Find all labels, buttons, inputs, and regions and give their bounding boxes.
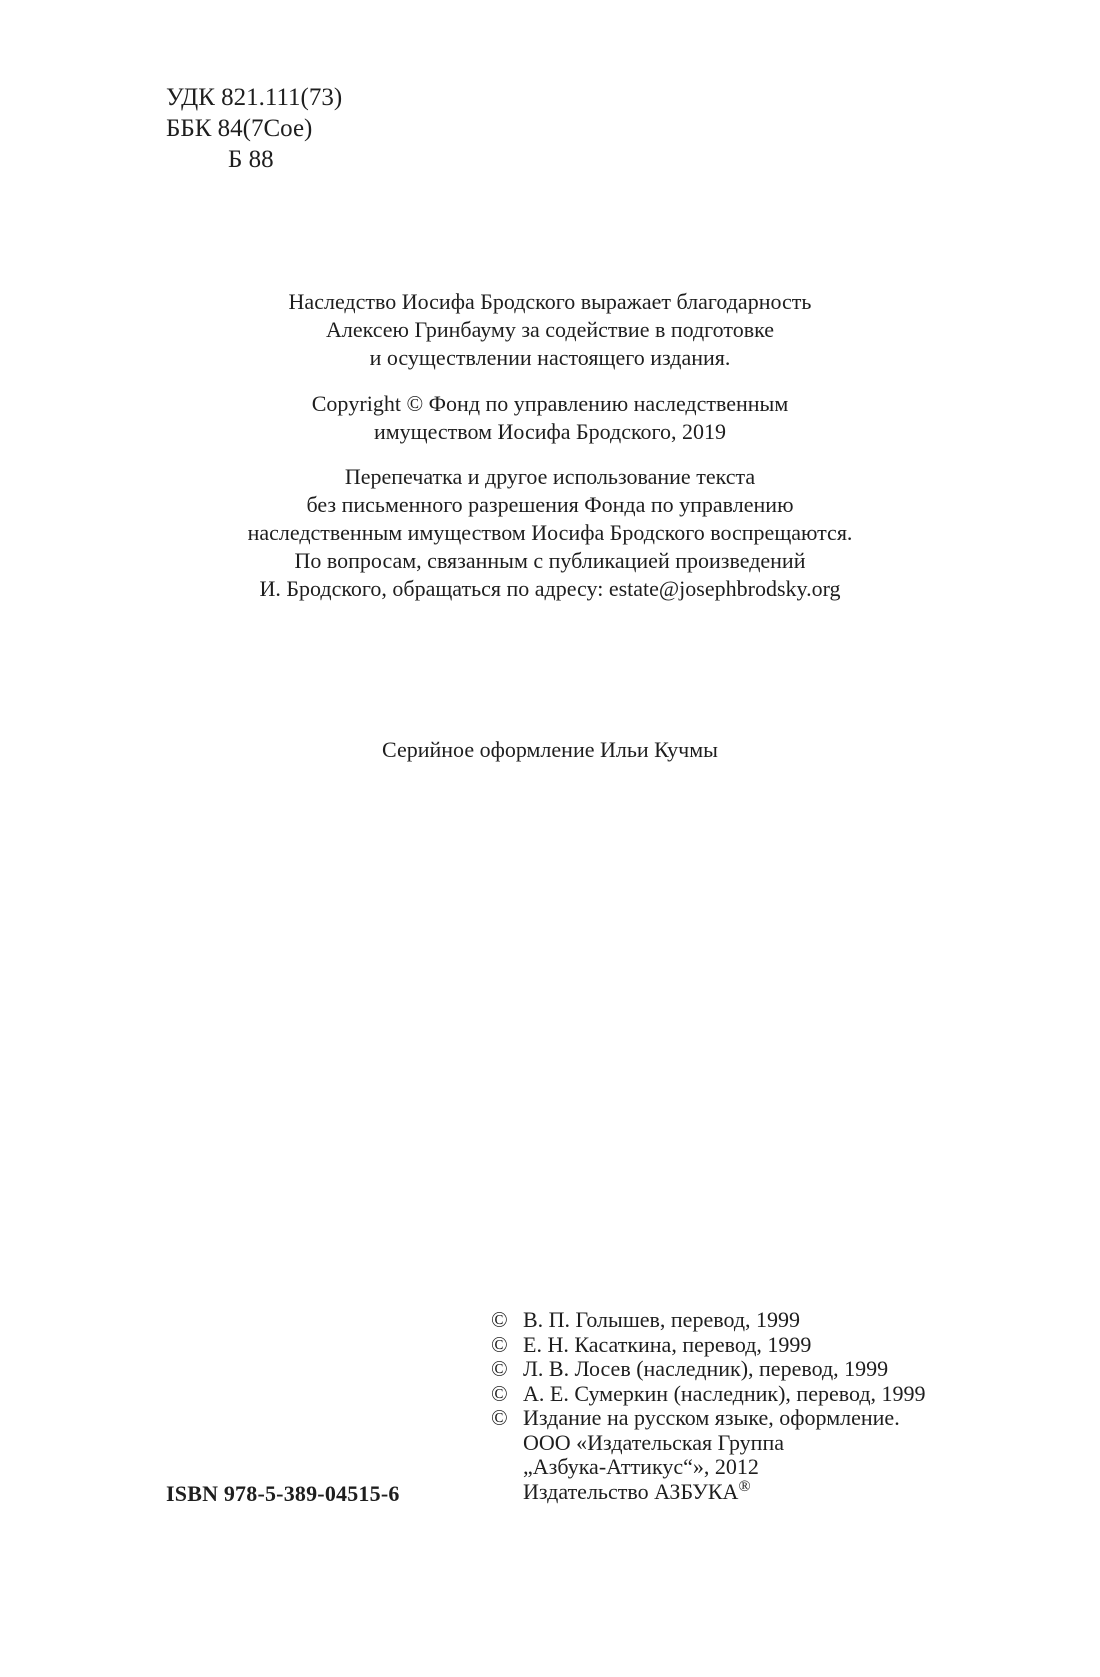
credit-text: А. Е. Сумеркин (наследник), перевод, 199… — [523, 1382, 926, 1407]
credit-text: Издание на русском языке, оформление. — [523, 1406, 900, 1431]
credit-item: © В. П. Голышев, перевод, 1999 — [491, 1308, 926, 1333]
reprint-notice: Перепечатка и другое использование текст… — [0, 463, 1100, 603]
reprint-line: Перепечатка и другое использование текст… — [0, 463, 1100, 491]
reprint-line-contact: И. Бродского, обращаться по адресу: esta… — [0, 575, 1100, 603]
publisher-line: „Азбука-Аттикус“», 2012 — [491, 1455, 926, 1480]
series-design-text: Серийное оформление Ильи Кучмы — [0, 736, 1100, 764]
bbk-code: ББК 84(7Сое) — [166, 113, 342, 144]
author-mark: Б 88 — [166, 144, 342, 175]
copyright-symbol-icon: © — [491, 1308, 523, 1333]
copyright-symbol-icon: © — [491, 1382, 523, 1407]
credit-item: © А. Е. Сумеркин (наследник), перевод, 1… — [491, 1382, 926, 1407]
reprint-line: наследственным имуществом Иосифа Бродско… — [0, 519, 1100, 547]
udk-code: УДК 821.111(73) — [166, 82, 342, 113]
series-design-credit: Серийное оформление Ильи Кучмы — [0, 736, 1100, 764]
credit-item: © Издание на русском языке, оформление. — [491, 1406, 926, 1431]
acknowledgment: Наследство Иосифа Бродского выражает бла… — [0, 288, 1100, 372]
copyright-page: УДК 821.111(73) ББК 84(7Сое) Б 88 Наслед… — [0, 0, 1100, 1677]
copyright-line: имуществом Иосифа Бродского, 2019 — [0, 418, 1100, 446]
acknowledgment-line: Алексею Гринбауму за содействие в подгот… — [0, 316, 1100, 344]
publisher-imprint: Издательство АЗБУКА® — [491, 1480, 926, 1505]
isbn: ISBN 978-5-389-04515-6 — [166, 1481, 400, 1507]
credit-item: © Е. Н. Касаткина, перевод, 1999 — [491, 1333, 926, 1358]
publisher-line: ООО «Издательская Группа — [491, 1431, 926, 1456]
credit-text: Л. В. Лосев (наследник), перевод, 1999 — [523, 1357, 888, 1382]
acknowledgment-line: Наследство Иосифа Бродского выражает бла… — [0, 288, 1100, 316]
publisher-name: Издательство АЗБУКА — [523, 1479, 738, 1504]
copyright-line: Copyright © Фонд по управлению наследств… — [0, 390, 1100, 418]
copyright-symbol-icon: © — [491, 1333, 523, 1358]
acknowledgment-line: и осуществлении настоящего издания. — [0, 344, 1100, 372]
copyright-notice: Copyright © Фонд по управлению наследств… — [0, 390, 1100, 446]
copyright-symbol-icon: © — [491, 1357, 523, 1382]
credit-text: В. П. Голышев, перевод, 1999 — [523, 1308, 800, 1333]
registered-mark-icon: ® — [738, 1478, 750, 1495]
credit-text: Е. Н. Касаткина, перевод, 1999 — [523, 1333, 811, 1358]
reprint-line: По вопросам, связанным с публикацией про… — [0, 547, 1100, 575]
reprint-line: без письменного разрешения Фонда по упра… — [0, 491, 1100, 519]
credit-item: © Л. В. Лосев (наследник), перевод, 1999 — [491, 1357, 926, 1382]
translation-credits: © В. П. Голышев, перевод, 1999 © Е. Н. К… — [491, 1308, 926, 1504]
copyright-symbol-icon: © — [491, 1406, 523, 1431]
library-classification: УДК 821.111(73) ББК 84(7Сое) Б 88 — [166, 82, 342, 175]
